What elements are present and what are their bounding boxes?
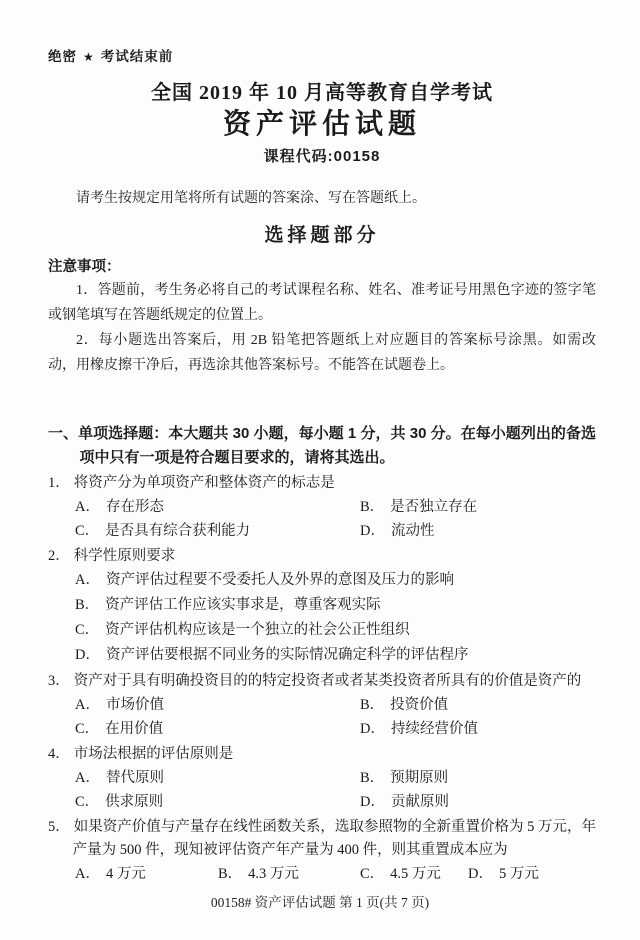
option-c: C．是否具有综合获利能力 [75, 519, 360, 543]
option-label: A． [75, 499, 106, 515]
question-1: 1．将资产分为单项资产和整体资产的标志是 A．存在形态 B．是否独立存在 C．是… [48, 472, 596, 543]
option-text: 存在形态 [106, 499, 164, 515]
option-text: 贡献原则 [391, 794, 449, 810]
option-text: 替代原则 [106, 770, 164, 786]
option-label: B． [75, 597, 105, 613]
part-heading-text: 单项选择题：本大题共 30 小题，每小题 1 分，共 30 分。在每小题列出的备… [78, 425, 596, 466]
option-label: D． [360, 721, 391, 737]
options: A．市场价值 B．投资价值 C．在用价值 D．持续经营价值 [48, 693, 596, 741]
question-2: 2．科学性原则要求 A．资产评估过程要不受委托人及外界的意图及压力的影响 B．资… [48, 545, 596, 668]
option-text: 4.3 万元 [248, 866, 299, 882]
question-stem-text: 市场法根据的评估原则是 [74, 746, 234, 762]
option-label: D． [75, 647, 106, 663]
option-label: C． [75, 622, 105, 638]
option-b: B．是否独立存在 [360, 495, 596, 519]
option-label: D． [360, 794, 391, 810]
option-label: C． [75, 794, 105, 810]
option-text: 市场价值 [106, 697, 164, 713]
option-label: A． [75, 770, 106, 786]
answer-sheet-instruction: 请考生按规定用笔将所有试题的答案涂、写在答题纸上。 [48, 188, 596, 210]
notice-item: 1．答题前，考生务必将自己的考试课程名称、姓名、准考证号用黑色字迹的签字笔或钢笔… [48, 278, 596, 328]
option-label: B． [360, 770, 390, 786]
option-a: A．存在形态 [75, 495, 360, 519]
option-text: 4.5 万元 [390, 866, 441, 882]
question-4: 4．市场法根据的评估原则是 A．替代原则 B．预期原则 C．供求原则 D．贡献原… [48, 743, 596, 814]
options: A．4 万元 B．4.3 万元 C．4.5 万元 D．5 万元 [48, 862, 596, 886]
question-stem: 2．科学性原则要求 [48, 545, 596, 568]
course-code: 课程代码:00158 [48, 146, 596, 168]
options: A．存在形态 B．是否独立存在 C．是否具有综合获利能力 D．流动性 [48, 495, 596, 543]
option-label: C． [360, 866, 390, 882]
star-icon: ★ [77, 50, 101, 64]
question-3: 3．资产对于具有明确投资目的的特定投资者或者某类投资者所具有的价值是资产的 A．… [48, 670, 596, 741]
option-b: B．4.3 万元 [218, 862, 360, 886]
option-text: 是否具有综合获利能力 [105, 523, 250, 539]
question-stem-text: 如果资产价值与产量存在线性函数关系，选取参照物的全新重置价格为 5 万元，年产量… [73, 819, 596, 858]
option-a: A．替代原则 [75, 766, 360, 790]
option-label: C． [75, 523, 105, 539]
option-d: D．5 万元 [468, 862, 539, 886]
option-text: 持续经营价值 [391, 721, 478, 737]
option-text: 5 万元 [499, 866, 539, 882]
option-text: 资产评估机构应该是一个独立的社会公正性组织 [105, 622, 410, 638]
option-text: 预期原则 [390, 770, 448, 786]
question-stem-text: 将资产分为单项资产和整体资产的标志是 [74, 475, 335, 491]
question-stem: 4．市场法根据的评估原则是 [48, 743, 596, 766]
option-label: B． [360, 697, 390, 713]
option-a: A．资产评估过程要不受委托人及外界的意图及压力的影响 [75, 568, 596, 593]
option-label: B． [360, 499, 390, 515]
question-stem-text: 资产对于具有明确投资目的的特定投资者或者某类投资者所具有的价值是资产的 [74, 673, 582, 689]
option-text: 资产评估工作应该实事求是，尊重客观实际 [105, 597, 381, 613]
option-label: A． [75, 866, 106, 882]
option-label: A． [75, 697, 106, 713]
part-one-heading: 一、单项选择题：本大题共 30 小题，每小题 1 分，共 30 分。在每小题列出… [48, 422, 596, 470]
question-stem: 1．将资产分为单项资产和整体资产的标志是 [48, 472, 596, 495]
question-5: 5．如果资产价值与产量存在线性函数关系，选取参照物的全新重置价格为 5 万元，年… [48, 816, 596, 886]
options: A．替代原则 B．预期原则 C．供求原则 D．贡献原则 [48, 766, 596, 814]
option-label: D． [360, 523, 391, 539]
option-label: B． [218, 866, 248, 882]
part-number: 一、 [48, 425, 78, 442]
option-text: 资产评估过程要不受委托人及外界的意图及压力的影响 [106, 572, 454, 588]
options: A．资产评估过程要不受委托人及外界的意图及压力的影响 B．资产评估工作应该实事求… [48, 568, 596, 668]
option-d: D．持续经营价值 [360, 717, 596, 741]
option-c: C．供求原则 [75, 790, 360, 814]
option-label: C． [75, 721, 105, 737]
pre-exam-note: 考试结束前 [101, 49, 174, 64]
question-number: 2． [48, 548, 74, 564]
option-text: 投资价值 [390, 697, 448, 713]
question-number: 1． [48, 475, 74, 491]
classification-line: 绝密★考试结束前 [48, 48, 596, 66]
question-stem-text: 科学性原则要求 [74, 548, 176, 564]
option-label: A． [75, 572, 106, 588]
exam-title: 资产评估试题 [48, 106, 596, 142]
option-b: B．投资价值 [360, 693, 596, 717]
option-text: 供求原则 [105, 794, 163, 810]
exam-paper-page: 绝密★考试结束前 全国 2019 年 10 月高等教育自学考试 资产评估试题 课… [0, 0, 640, 940]
option-text: 流动性 [391, 523, 435, 539]
option-text: 是否独立存在 [390, 499, 477, 515]
classification-label: 绝密 [48, 49, 77, 64]
option-text: 4 万元 [106, 866, 146, 882]
question-stem: 3．资产对于具有明确投资目的的特定投资者或者某类投资者所具有的价值是资产的 [48, 670, 596, 693]
option-b: B．预期原则 [360, 766, 596, 790]
option-d: D．贡献原则 [360, 790, 596, 814]
question-number: 3． [48, 673, 74, 689]
notice-heading: 注意事项： [48, 256, 596, 278]
option-a: A．市场价值 [75, 693, 360, 717]
option-label: D． [468, 866, 499, 882]
question-stem: 5．如果资产价值与产量存在线性函数关系，选取参照物的全新重置价格为 5 万元，年… [48, 816, 596, 862]
option-d: D．资产评估要根据不同业务的实际情况确定科学的评估程序 [75, 643, 596, 668]
section-heading: 选择题部分 [48, 222, 596, 250]
option-a: A．4 万元 [75, 862, 218, 886]
option-text: 在用价值 [105, 721, 163, 737]
exam-session-title: 全国 2019 年 10 月高等教育自学考试 [48, 80, 596, 106]
option-c: C．4.5 万元 [360, 862, 468, 886]
option-c: C．在用价值 [75, 717, 360, 741]
question-number: 4． [48, 746, 74, 762]
option-d: D．流动性 [360, 519, 596, 543]
option-text: 资产评估要根据不同业务的实际情况确定科学的评估程序 [106, 647, 469, 663]
page-footer: 00158# 资产评估试题 第 1 页(共 7 页) [0, 894, 640, 912]
notice-item: 2．每小题选出答案后，用 2B 铅笔把答题纸上对应题目的答案标号涂黑。如需改动，… [48, 328, 596, 378]
option-b: B．资产评估工作应该实事求是，尊重客观实际 [75, 593, 596, 618]
option-c: C．资产评估机构应该是一个独立的社会公正性组织 [75, 618, 596, 643]
question-number: 5． [48, 819, 74, 835]
